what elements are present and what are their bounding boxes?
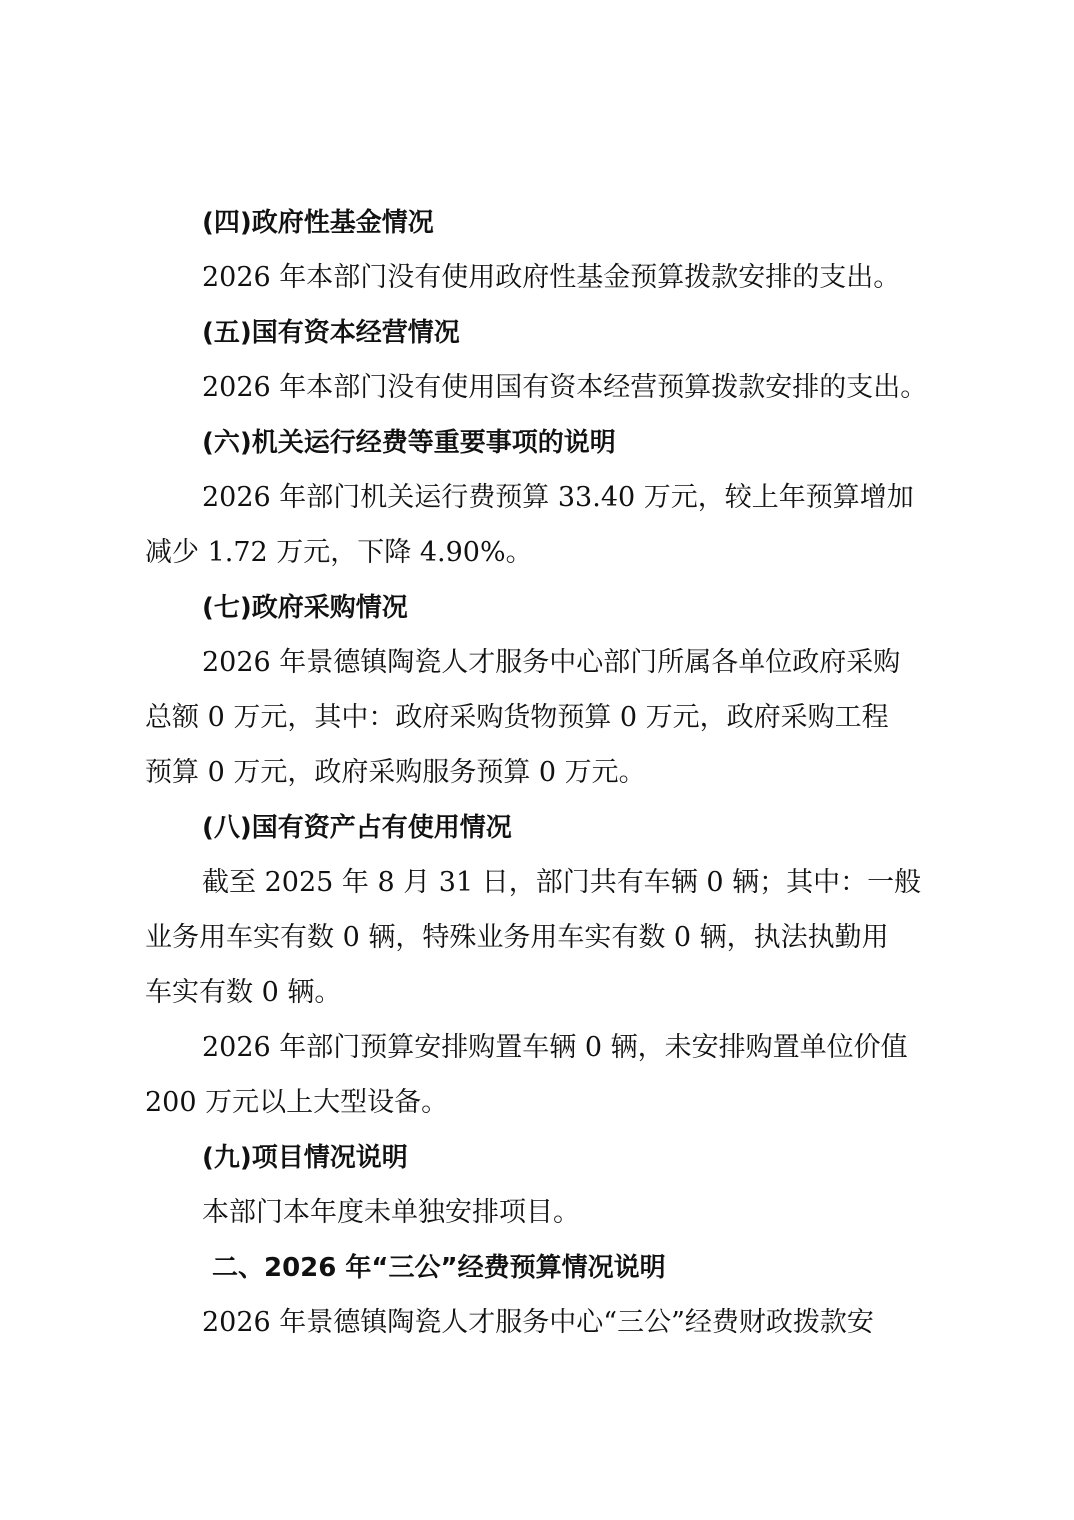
paragraph-line: 本部门本年度未单独安排项目。 <box>202 1195 580 1231</box>
paragraph-line: 2026 年部门预算安排购置车辆 0 辆，未安排购置单位价值 <box>202 1030 908 1066</box>
paragraph-line: 截至 2025 年 8 月 31 日，部门共有车辆 0 辆；其中：一般 <box>202 865 921 901</box>
paragraph-line: 2026 年本部门没有使用国有资本经营预算拨款安排的支出。 <box>202 370 927 406</box>
chapter-heading-2: 二、2026 年“三公”经费预算情况说明 <box>212 1250 666 1286</box>
paragraph-line: 车实有数 0 辆。 <box>145 975 341 1011</box>
section-heading-6: (六)机关运行经费等重要事项的说明 <box>202 425 616 461</box>
document-page: (四)政府性基金情况 2026 年本部门没有使用政府性基金预算拨款安排的支出。 … <box>0 0 1074 1520</box>
paragraph-line: 2026 年景德镇陶瓷人才服务中心部门所属各单位政府采购 <box>202 645 900 681</box>
paragraph-line: 200 万元以上大型设备。 <box>145 1085 448 1121</box>
paragraph-line: 总额 0 万元，其中：政府采购货物预算 0 万元，政府采购工程 <box>145 700 889 736</box>
paragraph-line: 减少 1.72 万元，下降 4.90%。 <box>145 535 533 571</box>
paragraph-line: 业务用车实有数 0 辆，特殊业务用车实有数 0 辆，执法执勤用 <box>145 920 889 956</box>
section-heading-9: (九)项目情况说明 <box>202 1140 408 1176</box>
section-heading-4: (四)政府性基金情况 <box>202 205 434 241</box>
section-heading-7: (七)政府采购情况 <box>202 590 408 626</box>
paragraph-line: 2026 年本部门没有使用政府性基金预算拨款安排的支出。 <box>202 260 900 296</box>
section-heading-8: (八)国有资产占有使用情况 <box>202 810 512 846</box>
paragraph-line: 预算 0 万元，政府采购服务预算 0 万元。 <box>145 755 646 791</box>
paragraph-line: 2026 年部门机关运行费预算 33.40 万元，较上年预算增加 <box>202 480 914 516</box>
paragraph-line: 2026 年景德镇陶瓷人才服务中心“三公”经费财政拨款安 <box>202 1305 874 1341</box>
section-heading-5: (五)国有资本经营情况 <box>202 315 460 351</box>
